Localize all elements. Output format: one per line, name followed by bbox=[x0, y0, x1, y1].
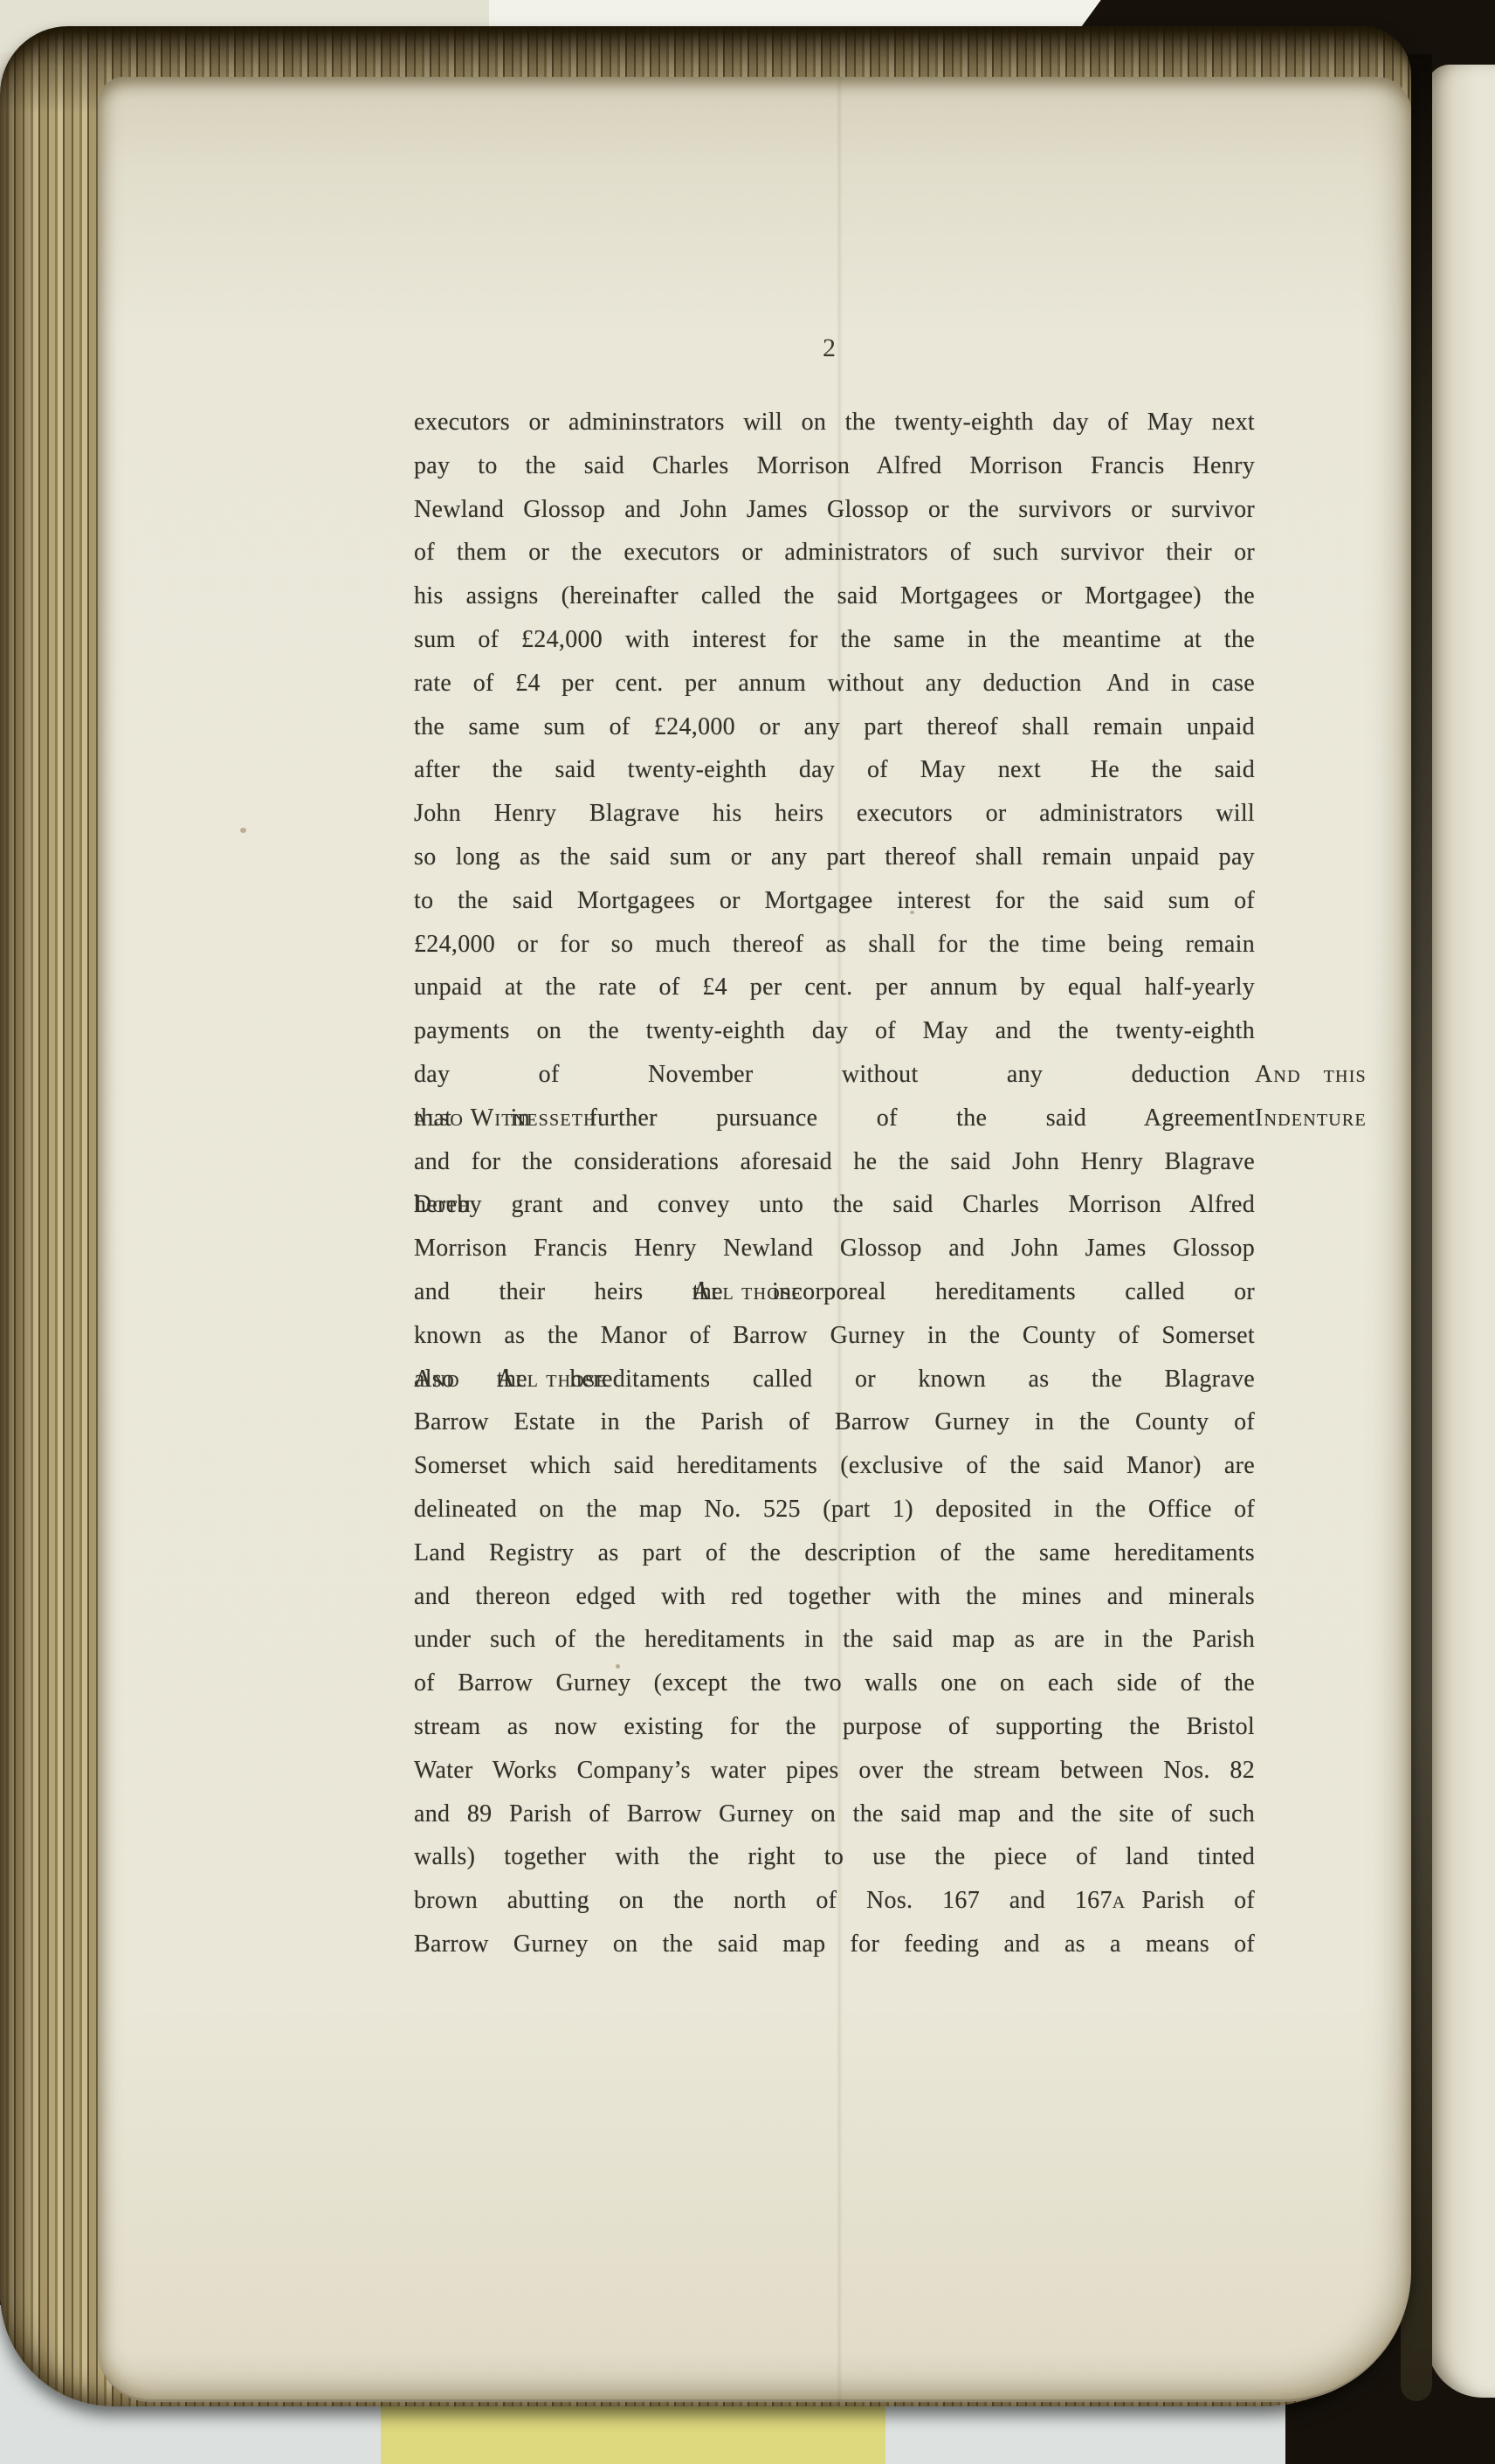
text-line: payments on the twenty-eighth day of May… bbox=[414, 1009, 1255, 1053]
page-number: 2 bbox=[812, 334, 847, 363]
text-line: walls) together with the right to use th… bbox=[414, 1835, 1255, 1879]
small-caps-text: All those bbox=[692, 1270, 803, 1314]
text-line: Morrison Francis Henry Newland Glossop a… bbox=[414, 1227, 1255, 1270]
text-line: to the said Mortgagees or Mortgagee inte… bbox=[414, 879, 1255, 923]
small-caps-text: All those bbox=[497, 1358, 608, 1401]
small-caps-text: also Witnesseth bbox=[414, 1097, 597, 1140]
stain-speck bbox=[616, 1664, 620, 1669]
text-line: And also All those the hereditaments cal… bbox=[414, 1358, 1255, 1401]
text-line: also Witnesseth that in further pursuanc… bbox=[414, 1097, 1255, 1140]
text-line: stream as now existing for the purpose o… bbox=[414, 1705, 1255, 1749]
book-scan: 2 executors or admininstrators will on t… bbox=[0, 0, 1495, 2464]
text-line: unpaid at the rate of £4 per cent. per a… bbox=[414, 966, 1255, 1009]
text-line: brown abutting on the north of Nos. 167 … bbox=[414, 1879, 1255, 1923]
text-line: of them or the executors or administrato… bbox=[414, 531, 1255, 575]
text-line: delineated on the map No. 525 (part 1) d… bbox=[414, 1488, 1255, 1531]
small-caps-text: a bbox=[1113, 1879, 1126, 1923]
text-line: Barrow Gurney on the said map for feedin… bbox=[414, 1923, 1255, 1966]
text-line: the same sum of £24,000 or any part ther… bbox=[414, 705, 1255, 749]
stain-speck bbox=[910, 911, 914, 914]
text-line: so long as the said sum or any part ther… bbox=[414, 836, 1255, 879]
text-line: £24,000 or for so much thereof as shall … bbox=[414, 923, 1255, 967]
stain-speck bbox=[240, 828, 246, 833]
small-caps-text: And bbox=[414, 1358, 460, 1401]
text-line: Somerset which said hereditaments (exclu… bbox=[414, 1444, 1255, 1488]
small-caps-text: And this Indenture bbox=[1255, 1053, 1367, 1140]
text-line: and their heirs All those the incorporea… bbox=[414, 1270, 1255, 1314]
document-text: executors or admininstrators will on the… bbox=[414, 401, 1255, 1966]
text-line: executors or admininstrators will on the… bbox=[414, 401, 1255, 444]
text-line: after the said twenty-eighth day of May … bbox=[414, 748, 1255, 792]
text-line: known as the Manor of Barrow Gurney in t… bbox=[414, 1314, 1255, 1358]
text-line: day of November without any deduction An… bbox=[414, 1053, 1255, 1097]
text-line: rate of £4 per cent. per annum without a… bbox=[414, 662, 1255, 705]
text-line: his assigns (hereinafter called the said… bbox=[414, 575, 1255, 618]
text-line: and thereon edged with red together with… bbox=[414, 1575, 1255, 1619]
text-line: John Henry Blagrave his heirs executors … bbox=[414, 792, 1255, 836]
adjacent-page-edge bbox=[1427, 65, 1495, 2398]
text-line: Water Works Company’s water pipes over t… bbox=[414, 1749, 1255, 1793]
text-line: Doth hereby grant and convey unto the sa… bbox=[414, 1183, 1255, 1227]
text-line: pay to the said Charles Morrison Alfred … bbox=[414, 444, 1255, 488]
text-line: and for the considerations aforesaid he … bbox=[414, 1140, 1255, 1184]
text-line: and 89 Parish of Barrow Gurney on the sa… bbox=[414, 1793, 1255, 1836]
text-line: under such of the hereditaments in the s… bbox=[414, 1618, 1255, 1662]
small-caps-text: Doth bbox=[414, 1183, 472, 1227]
text-line: of Barrow Gurney (except the two walls o… bbox=[414, 1662, 1255, 1705]
text-line: Newland Glossop and John James Glossop o… bbox=[414, 488, 1255, 532]
text-line: sum of £24,000 with interest for the sam… bbox=[414, 618, 1255, 662]
text-line: Land Registry as part of the description… bbox=[414, 1531, 1255, 1575]
text-line: Barrow Estate in the Parish of Barrow Gu… bbox=[414, 1401, 1255, 1444]
